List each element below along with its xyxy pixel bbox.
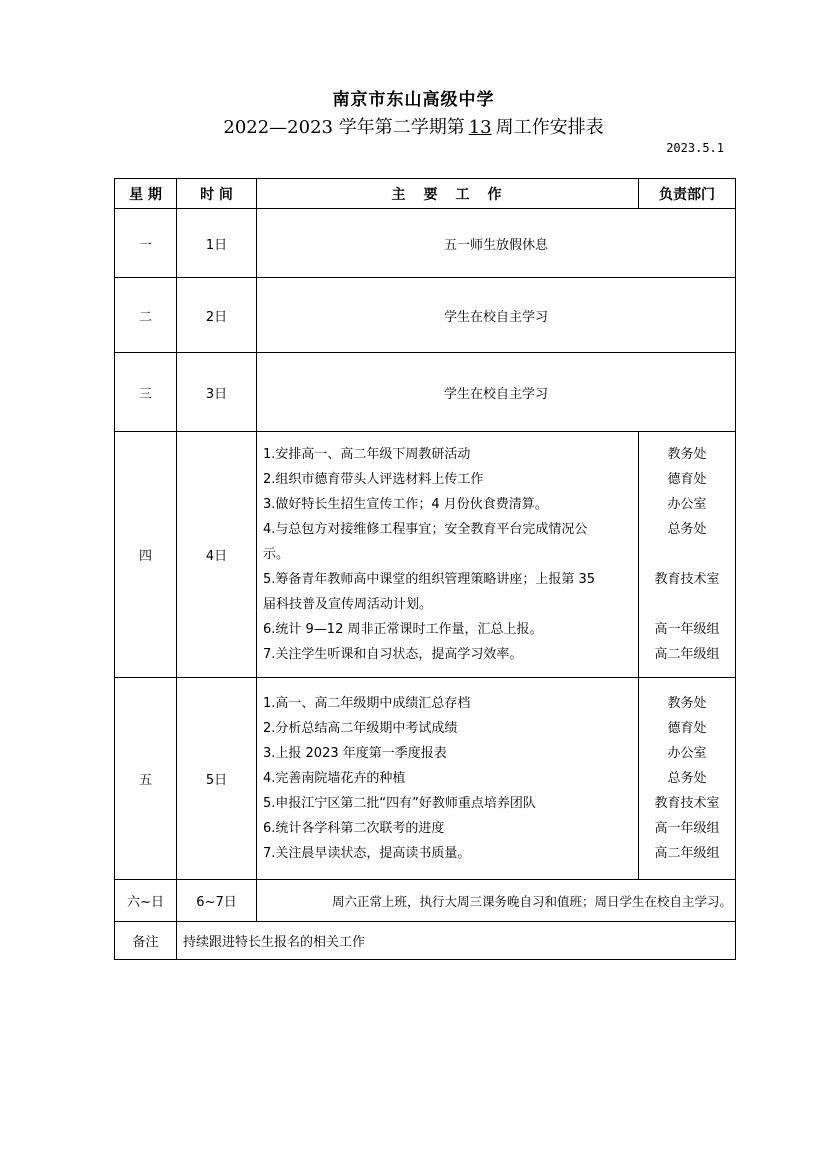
work-item: 7.关注学生听课和自习状态，提高学习效率。: [263, 642, 634, 667]
table-row: 三 3日 学生在校自主学习: [115, 353, 736, 432]
note-label: 备注: [115, 922, 177, 960]
dept-item: 德育处: [639, 716, 735, 741]
dept-item: 高二年级组: [639, 642, 735, 667]
day-cell: 一: [115, 209, 177, 278]
day-cell: 四: [115, 432, 177, 678]
work-item: 3.上报 2023 年度第一季度报表: [263, 741, 634, 766]
note-row: 备注 持续跟进特长生报名的相关工作: [115, 922, 736, 960]
table-row: 一 1日 五一师生放假休息: [115, 209, 736, 278]
work-item: 2.组织市德育带头人评选材料上传工作: [263, 467, 634, 492]
work-cell: 五一师生放假休息: [257, 209, 736, 278]
work-item: 7.关注晨早读状态，提高读书质量。: [263, 841, 634, 866]
table-header-row: 星 期 时 间 主 要 工 作 负责部门: [115, 179, 736, 209]
document-date: 2023.5.1: [666, 141, 724, 155]
work-item: 5.申报江宁区第二批“四有”好教师重点培养团队: [263, 791, 634, 816]
dept-item: 高一年级组: [639, 816, 735, 841]
date-cell: 6~7日: [177, 880, 257, 922]
work-item: 3.做好特长生招生宣传工作；4 月份伙食费清算。: [263, 492, 634, 517]
col-header-dept: 负责部门: [639, 179, 736, 209]
work-item: 6.统计各学科第二次联考的进度: [263, 816, 634, 841]
dept-item: 德育处: [639, 467, 735, 492]
dept-item: 办公室: [639, 492, 735, 517]
col-header-time: 时 间: [177, 179, 257, 209]
dept-item: 办公室: [639, 741, 735, 766]
dept-list: 教务处 德育处 办公室 总务处 教育技术室 高一年级组 高二年级组: [639, 432, 736, 678]
dept-item: [639, 542, 735, 567]
work-item: 1.安排高一、高二年级下周教研活动: [263, 442, 634, 467]
title-prefix: 2022—2023 学年第二学期第: [223, 117, 464, 138]
week-number: 13: [465, 117, 496, 138]
work-list: 1.高一、高二年级期中成绩汇总存档 2.分析总结高二年级期中考试成绩 3.上报 …: [257, 678, 639, 880]
dept-item: 总务处: [639, 517, 735, 542]
dept-item: 总务处: [639, 766, 735, 791]
work-item: 届科技普及宣传周活动计划。: [263, 592, 634, 617]
table-row: 二 2日 学生在校自主学习: [115, 278, 736, 353]
work-item: 4.与总包方对接维修工程事宜；安全教育平台完成情况公: [263, 517, 634, 542]
document-title: 2022—2023 学年第二学期第13周工作安排表: [0, 113, 827, 139]
date-cell: 5日: [177, 678, 257, 880]
work-list: 1.安排高一、高二年级下周教研活动 2.组织市德育带头人评选材料上传工作 3.做…: [257, 432, 639, 678]
dept-item: 教务处: [639, 442, 735, 467]
col-header-work: 主 要 工 作: [257, 179, 639, 209]
dept-item: 高一年级组: [639, 617, 735, 642]
title-suffix: 周工作安排表: [496, 117, 604, 138]
work-item: 示。: [263, 542, 634, 567]
table-row: 五 5日 1.高一、高二年级期中成绩汇总存档 2.分析总结高二年级期中考试成绩 …: [115, 678, 736, 880]
dept-item: 教务处: [639, 691, 735, 716]
schedule-table: 星 期 时 间 主 要 工 作 负责部门 一 1日 五一师生放假休息 二 2日 …: [114, 178, 736, 960]
work-item: 6.统计 9—12 周非正常课时工作量，汇总上报。: [263, 617, 634, 642]
work-item: 5.筹备青年教师高中课堂的组织管理策略讲座；上报第 35: [263, 567, 634, 592]
note-text: 持续跟进特长生报名的相关工作: [177, 922, 736, 960]
dept-item: 高二年级组: [639, 841, 735, 866]
work-item: 2.分析总结高二年级期中考试成绩: [263, 716, 634, 741]
school-name: 南京市东山高级中学: [0, 85, 827, 110]
dept-item: 教育技术室: [639, 567, 735, 592]
dept-item: 教育技术室: [639, 791, 735, 816]
work-item: 4.完善南院墙花卉的种植: [263, 766, 634, 791]
col-header-day: 星 期: [115, 179, 177, 209]
date-cell: 3日: [177, 353, 257, 432]
date-cell: 2日: [177, 278, 257, 353]
day-cell: 二: [115, 278, 177, 353]
date-cell: 1日: [177, 209, 257, 278]
day-cell: 六~日: [115, 880, 177, 922]
table-row: 四 4日 1.安排高一、高二年级下周教研活动 2.组织市德育带头人评选材料上传工…: [115, 432, 736, 678]
day-cell: 三: [115, 353, 177, 432]
work-item: 1.高一、高二年级期中成绩汇总存档: [263, 691, 634, 716]
work-cell: 学生在校自主学习: [257, 353, 736, 432]
day-cell: 五: [115, 678, 177, 880]
work-cell: 学生在校自主学习: [257, 278, 736, 353]
work-cell: 周六正常上班，执行大周三课务晚自习和值班；周日学生在校自主学习。: [257, 880, 736, 922]
date-cell: 4日: [177, 432, 257, 678]
table-row: 六~日 6~7日 周六正常上班，执行大周三课务晚自习和值班；周日学生在校自主学习…: [115, 880, 736, 922]
dept-item: [639, 592, 735, 617]
dept-list: 教务处 德育处 办公室 总务处 教育技术室 高一年级组 高二年级组: [639, 678, 736, 880]
